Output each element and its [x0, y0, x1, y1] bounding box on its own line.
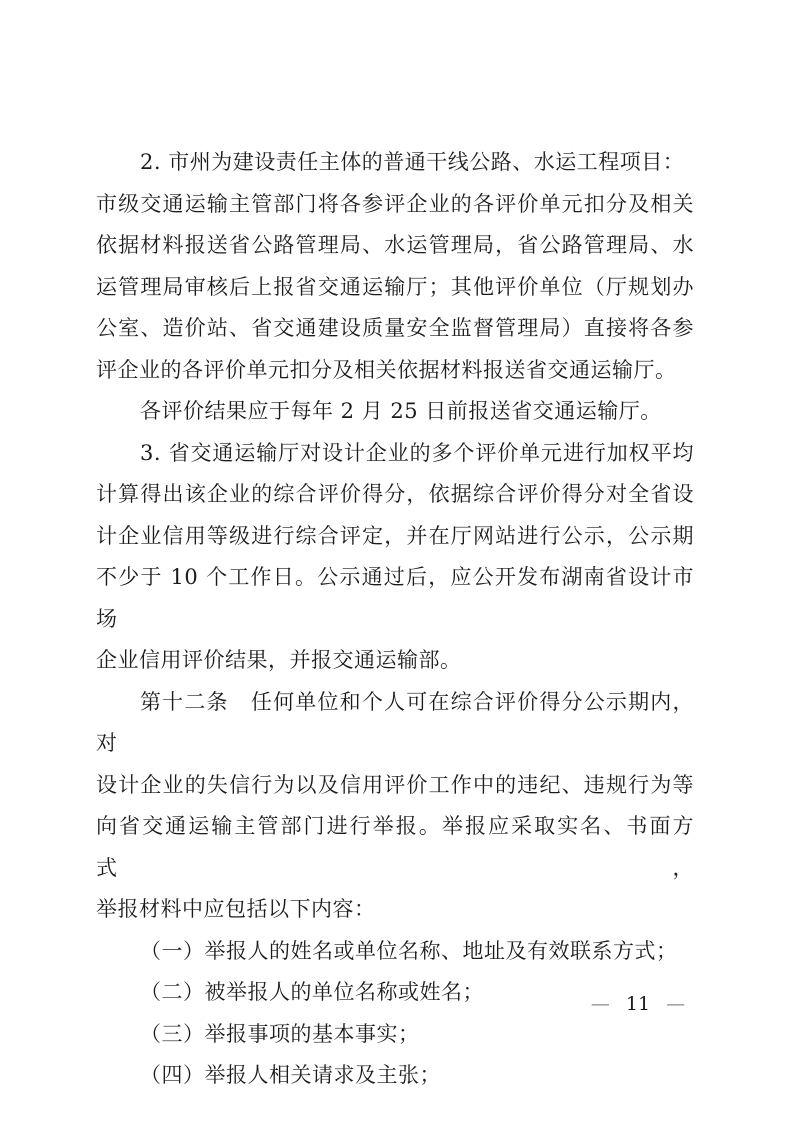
text-line: 设计企业的失信行为以及信用评价工作中的违纪、违规行为等: [96, 765, 694, 807]
text-line: 运管理局审核后上报省交通运输厅；其他评价单位（厅规划办: [96, 267, 694, 309]
text-line: 2. 市州为建设责任主体的普通干线公路、水运工程项目：: [96, 142, 694, 184]
page-number-value: 11: [626, 993, 650, 1015]
text-line: 评企业的各评价单元扣分及相关依据材料报送省交通运输厅。: [96, 350, 694, 392]
text-line: 各评价结果应于每年 2 月 25 日前报送省交通运输厅。: [96, 391, 694, 433]
text-line: 第十二条 任何单位和个人可在综合评价得分公示期内，对: [96, 682, 694, 765]
list-item: （四）举报人相关请求及主张；: [96, 1055, 694, 1097]
text-line: 依据材料报送省公路管理局、水运管理局，省公路管理局、水: [96, 225, 694, 267]
page-number-dash-right: —: [666, 993, 685, 1015]
document-page: 2. 市州为建设责任主体的普通干线公路、水运工程项目： 市级交通运输主管部门将各…: [0, 0, 793, 1122]
text-line: 举报材料中应包括以下内容：: [96, 889, 694, 931]
page-number-dash-left: —: [591, 993, 610, 1015]
list-item: （一）举报人的姓名或单位名称、地址及有效联系方式；: [96, 931, 694, 973]
text-line: 计算得出该企业的综合评价得分，依据综合评价得分对全省设: [96, 474, 694, 516]
text-line: 向省交通运输主管部门进行举报。举报应采取实名、书面方式，: [96, 806, 694, 889]
text-line: 企业信用评价结果，并报交通运输部。: [96, 640, 694, 682]
page-number: — 11 —: [548, 992, 728, 1016]
text-line: 计企业信用等级进行综合评定，并在厅网站进行公示，公示期: [96, 516, 694, 558]
text-line: 市级交通运输主管部门将各参评企业的各评价单元扣分及相关: [96, 184, 694, 226]
document-body: 2. 市州为建设责任主体的普通干线公路、水运工程项目： 市级交通运输主管部门将各…: [96, 142, 694, 1097]
text-line: 公室、造价站、省交通建设质量安全监督管理局）直接将各参: [96, 308, 694, 350]
text-line: 3. 省交通运输厅对设计企业的多个评价单元进行加权平均: [96, 433, 694, 475]
text-line: 不少于 10 个工作日。公示通过后，应公开发布湖南省设计市场: [96, 557, 694, 640]
list-item: （三）举报事项的基本事实；: [96, 1014, 694, 1056]
